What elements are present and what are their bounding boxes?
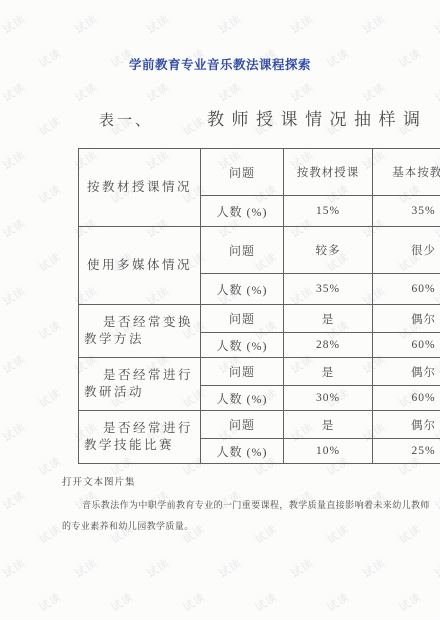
watermark-text: 试读 (396, 521, 425, 548)
watermark-text: 试读 (288, 11, 317, 38)
category-cell: 使用多媒体情况 (79, 227, 201, 305)
table-caption-title: 教师授课情况抽样调 (207, 105, 428, 130)
category-line: 使用多媒体情况 (79, 257, 200, 274)
answer-cell: 偶尔 (373, 358, 440, 386)
table-caption-label: 表一、 (99, 109, 153, 130)
percent-cell: 15% (284, 196, 373, 227)
watermark-text: 试读 (36, 113, 65, 140)
watermark-text: 试读 (360, 11, 389, 38)
answer-cell: 基本按教材 (373, 149, 440, 196)
percent-cell: 28% (284, 333, 373, 358)
category-line: 是否经常进行 (79, 367, 200, 384)
watermark-text: 试读 (180, 113, 209, 140)
category-cell: 是否经常变换 教学方法 (79, 305, 201, 358)
table-row: 是否经常变换 教学方法 问题 是 偶尔 (79, 305, 440, 333)
watermark-text: 试读 (0, 79, 28, 106)
watermark-text: 试读 (0, 283, 28, 310)
watermark-text: 试读 (36, 521, 65, 548)
watermark-text: 试读 (0, 215, 28, 242)
watermark-text: 试读 (36, 589, 65, 616)
category-cell: 是否经常进行 教学技能比赛 (79, 411, 201, 464)
watermark-text: 试读 (0, 555, 28, 582)
category-cell: 按教材授课情况 (79, 149, 201, 227)
count-header-cell: 人数 (%) (201, 196, 284, 227)
answer-cell: 较多 (284, 227, 373, 274)
watermark-text: 试读 (216, 79, 245, 106)
watermark-text: 试读 (108, 589, 137, 616)
watermark-text: 试读 (216, 11, 245, 38)
percent-cell: 10% (284, 439, 373, 464)
watermark-text: 试读 (432, 555, 440, 582)
question-header-cell: 问题 (201, 411, 284, 439)
question-header-cell: 问题 (201, 227, 284, 274)
watermark-text: 试读 (72, 555, 101, 582)
answer-cell: 是 (284, 358, 373, 386)
watermark-text: 试读 (324, 589, 353, 616)
count-header-cell: 人数 (%) (201, 386, 284, 411)
count-header-cell: 人数 (%) (201, 274, 284, 305)
watermark-text: 试读 (36, 385, 65, 412)
watermark-text: 试读 (0, 351, 28, 378)
count-header-cell: 人数 (%) (201, 333, 284, 358)
watermark-text: 试读 (288, 555, 317, 582)
table-row: 是否经常进行 教学技能比赛 问题 是 偶尔 (79, 411, 440, 439)
watermark-text: 试读 (288, 79, 317, 106)
answer-cell: 很少 (373, 227, 440, 274)
question-header-cell: 问题 (201, 305, 284, 333)
category-line: 按教材授课情况 (79, 179, 200, 196)
watermark-text: 试读 (216, 555, 245, 582)
survey-table: 按教材授课情况 问题 按教材授课 基本按教材 人数 (%) 15% 35% 使用… (78, 148, 440, 464)
page-title: 学前教育专业音乐教法课程探索 (0, 55, 440, 73)
body-paragraph: 音乐教法作为中职学前教育专业的一门重要课程，教学质量直接影响着未来幼儿教师 的专… (62, 495, 394, 537)
watermark-text: 试读 (144, 555, 173, 582)
category-line: 是否经常变换 (79, 314, 200, 331)
question-header-cell: 问题 (201, 358, 284, 386)
count-header-cell: 人数 (%) (201, 439, 284, 464)
answer-cell: 偶尔 (373, 305, 440, 333)
percent-cell: 35% (373, 196, 440, 227)
table-row: 使用多媒体情况 问题 较多 很少 (79, 227, 440, 274)
watermark-text: 试读 (36, 249, 65, 276)
watermark-text: 试读 (72, 11, 101, 38)
watermark-text: 试读 (144, 11, 173, 38)
paragraph-line: 的专业素养和幼儿园教学质量。 (62, 516, 394, 537)
watermark-text: 试读 (360, 79, 389, 106)
percent-cell: 25% (373, 439, 440, 464)
answer-cell: 按教材授课 (284, 149, 373, 196)
answer-cell: 是 (284, 411, 373, 439)
watermark-text: 试读 (360, 555, 389, 582)
watermark-text: 试读 (432, 11, 440, 38)
percent-cell: 35% (284, 274, 373, 305)
watermark-text: 试读 (180, 589, 209, 616)
table-row: 是否经常进行 教研活动 问题 是 偶尔 (79, 358, 440, 386)
paragraph-line: 音乐教法作为中职学前教育专业的一门重要课程，教学质量直接影响着未来幼儿教师 (62, 495, 394, 516)
watermark-text: 试读 (0, 147, 28, 174)
watermark-text: 试读 (36, 317, 65, 344)
document-page: 试读试读试读试读试读试读试读试读试读试读试读试读试读试读试读试读试读试读试读试读… (0, 0, 440, 620)
percent-cell: 30% (284, 386, 373, 411)
watermark-text: 试读 (432, 487, 440, 514)
percent-cell: 60% (373, 274, 440, 305)
category-line: 教研活动 (79, 384, 200, 401)
watermark-text: 试读 (396, 589, 425, 616)
watermark-text: 试读 (36, 453, 65, 480)
category-cell: 是否经常进行 教研活动 (79, 358, 201, 411)
watermark-text: 试读 (0, 11, 28, 38)
category-line: 是否经常进行 (79, 420, 200, 437)
watermark-text: 试读 (0, 419, 28, 446)
watermark-text: 试读 (144, 79, 173, 106)
category-line: 教学方法 (79, 331, 200, 348)
answer-cell: 是 (284, 305, 373, 333)
watermark-text: 试读 (432, 79, 440, 106)
watermark-text: 试读 (252, 589, 281, 616)
table-row: 按教材授课情况 问题 按教材授课 基本按教材 (79, 149, 440, 196)
watermark-text: 试读 (72, 79, 101, 106)
open-text-gallery-link[interactable]: 打开文本图片集 (62, 474, 136, 488)
category-line: 教学技能比赛 (79, 437, 200, 454)
watermark-text: 试读 (0, 487, 28, 514)
percent-cell: 60% (373, 333, 440, 358)
question-header-cell: 问题 (201, 149, 284, 196)
percent-cell: 60% (373, 386, 440, 411)
watermark-text: 试读 (36, 181, 65, 208)
answer-cell: 偶尔 (373, 411, 440, 439)
